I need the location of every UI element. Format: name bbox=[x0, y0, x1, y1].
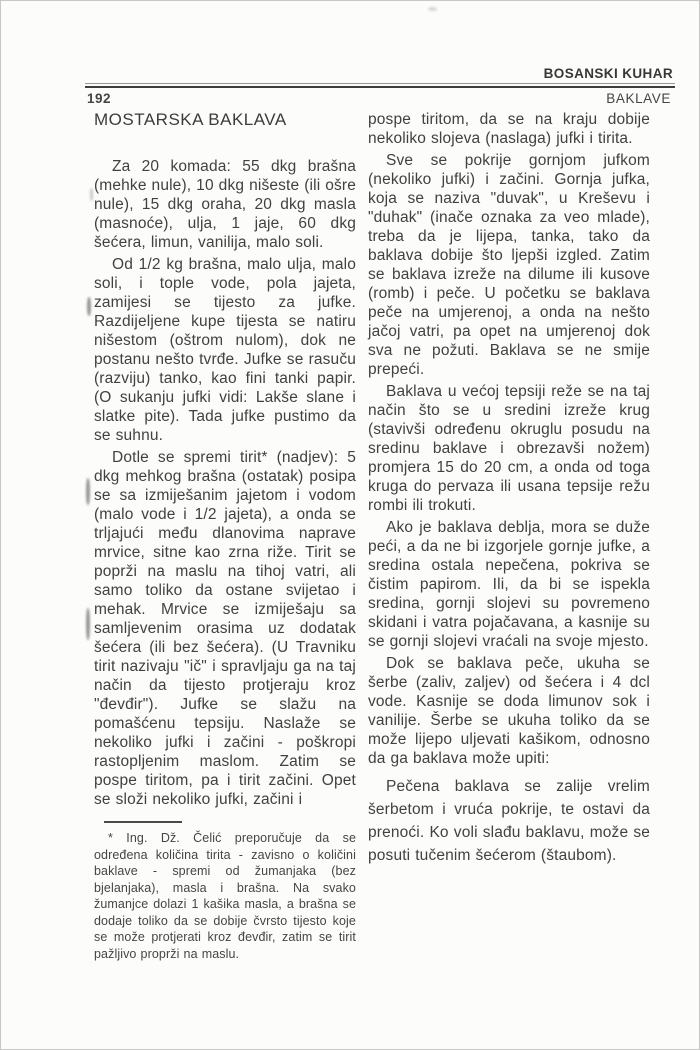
footnote-rule bbox=[104, 821, 182, 823]
page-number: 192 bbox=[85, 91, 111, 106]
paragraph-top-layer: Sve se pokrije gornjom jufkom (nekoliko … bbox=[368, 151, 650, 379]
scan-artifact bbox=[86, 478, 90, 505]
header-rule-thick bbox=[85, 86, 675, 88]
book-title: BOSANSKI KUHAR bbox=[85, 66, 675, 83]
scan-artifact bbox=[86, 608, 90, 640]
paragraph-syrup: Dok se baklava peče, ukuha se šerbe (zal… bbox=[368, 654, 650, 768]
right-column: pospe tiritom, da se na kraju dobije nek… bbox=[368, 106, 650, 870]
page-body: MOSTARSKA BAKLAVA Za 20 komada: 55 dkg b… bbox=[94, 106, 650, 962]
footnote: * Ing. Dž. Čelić preporučuje da se određ… bbox=[94, 830, 356, 962]
paragraph-continuation: pospe tiritom, da se na kraju dobije nek… bbox=[368, 110, 650, 148]
recipe-title: MOSTARSKA BAKLAVA bbox=[94, 110, 356, 130]
section-label: BAKLAVE bbox=[606, 91, 675, 106]
left-column: MOSTARSKA BAKLAVA Za 20 komada: 55 dkg b… bbox=[94, 106, 356, 962]
paragraph-baking: Ako je baklava deblja, mora se duže peći… bbox=[368, 518, 650, 651]
paragraph-cutting: Baklava u većoj tepsiji reže se na taj n… bbox=[368, 382, 650, 515]
header-rule-thin bbox=[85, 83, 675, 84]
paragraph-ingredients: Za 20 komada: 55 dkg brašna (mehke nule)… bbox=[94, 157, 356, 252]
paragraph-tirit: Dotle se spremi tirit* (nadjev): 5 dkg m… bbox=[94, 448, 356, 809]
page-header: BOSANSKI KUHAR 192 BAKLAVE bbox=[85, 66, 675, 106]
scan-artifact bbox=[428, 7, 437, 11]
footnote-text: * Ing. Dž. Čelić preporučuje da se određ… bbox=[94, 830, 356, 962]
paragraph-dough: Od 1/2 kg brašna, malo ulja, malo soli, … bbox=[94, 255, 356, 445]
scan-artifact bbox=[90, 188, 93, 201]
scan-artifact bbox=[87, 297, 91, 316]
paragraph-serving: Pečena baklava se zalije vrelim šerbetom… bbox=[368, 775, 650, 867]
